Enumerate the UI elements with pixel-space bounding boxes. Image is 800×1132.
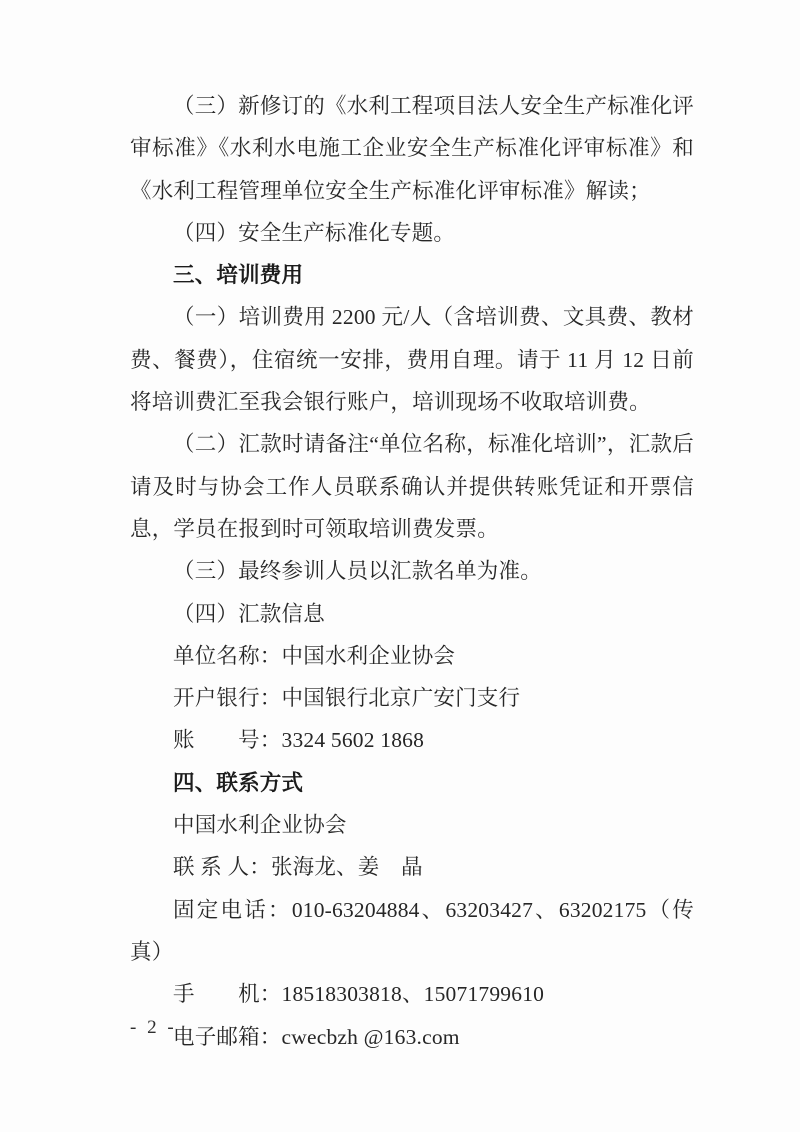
paragraph-account-number: 账 号：3324 5602 1868 [130,719,694,761]
section-heading-contact: 四、联系方式 [130,762,694,804]
page-number: - 2 - [130,1014,177,1042]
paragraph-contact-persons: 联 系 人：张海龙、姜 晶 [130,846,694,888]
paragraph-review-standards: （三）新修订的《水利工程项目法人安全生产标准化评审标准》《水利水电施工企业安全生… [130,85,694,212]
paragraph-unit-name: 单位名称：中国水利企业协会 [130,635,694,677]
paragraph-mobile-numbers: 手 机：18518303818、15071799610 [130,973,694,1015]
paragraph-final-list: （三）最终参训人员以汇款名单为准。 [130,550,694,592]
paragraph-association-name: 中国水利企业协会 [130,804,694,846]
paragraph-email: 电子邮箱：cwecbzh @163.com [130,1016,694,1058]
section-heading-training-fee: 三、培训费用 [130,254,694,296]
document-content: （三）新修订的《水利工程项目法人安全生产标准化评审标准》《水利水电施工企业安全生… [130,85,694,1058]
paragraph-bank-name: 开户银行：中国银行北京广安门支行 [130,677,694,719]
document-page: （三）新修订的《水利工程项目法人安全生产标准化评审标准》《水利水电施工企业安全生… [0,0,800,1132]
paragraph-remittance-info: （四）汇款信息 [130,593,694,635]
paragraph-special-topic: （四）安全生产标准化专题。 [130,212,694,254]
paragraph-landline-numbers: 固定电话：010-63204884、63203427、63202175（传真） [130,889,694,974]
paragraph-remittance-note: （二）汇款时请备注“单位名称，标准化培训”，汇款后请及时与协会工作人员联系确认并… [130,423,694,550]
paragraph-fee-amount: （一）培训费用 2200 元/人（含培训费、文具费、教材费、餐费），住宿统一安排… [130,296,694,423]
